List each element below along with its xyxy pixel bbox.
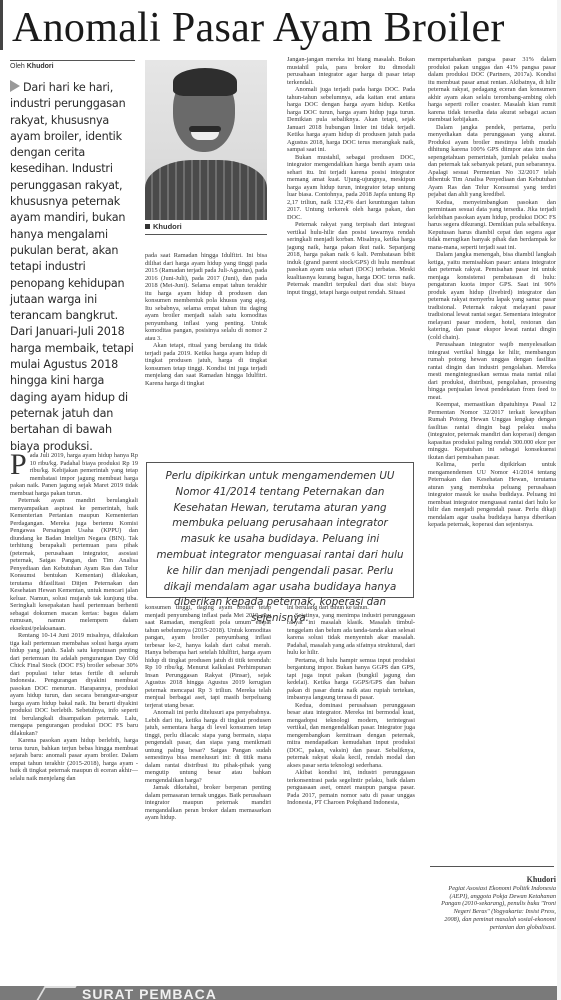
paragraph: ini berulang dari tahun ke tahun. <box>287 604 415 612</box>
paragraph: Anomali ini perlu ditelusuri apa penyeba… <box>145 709 271 784</box>
headline: Anomali Pasar Ayam Broiler <box>12 4 505 52</box>
paragraph: Peternak ayam mandiri berulangkali menya… <box>10 497 138 632</box>
page-gutter <box>557 0 561 1000</box>
paragraph: Kelima, perlu dipikirkan untuk mengamend… <box>428 461 556 529</box>
paragraph: Akibat kondisi ini, industri perunggasan… <box>287 769 415 807</box>
envelope-icon <box>35 986 76 1000</box>
square-bullet-icon <box>145 224 150 229</box>
paragraph: mempertahankan pangsa pasar 31% dalam pr… <box>428 56 556 124</box>
paragraph: Kedua, dominasi perusahaan perunggasan b… <box>287 702 415 770</box>
paragraph: Pertama, di hulu hampir semua input prod… <box>287 657 415 702</box>
paragraph: pada saat Ramadan hingga Idulfitri. Ini … <box>145 252 267 342</box>
paragraph: Akan tetapi, ritual yang berulang itu ti… <box>145 342 267 387</box>
author-bio: Khudori Pegiat Asosiasi Ekonomi Politik … <box>436 876 556 932</box>
pull-quote: Perlu dipikirkan untuk mengamendemen UU … <box>146 462 414 598</box>
article-column-2-top: pada saat Ramadan hingga Idulfitri. Ini … <box>145 252 267 457</box>
paragraph: Kedua, menyeimbangkan pasokan dan permin… <box>428 199 556 252</box>
left-edge-rule <box>0 0 3 50</box>
triangle-bullet-icon <box>10 80 20 92</box>
lede-paragraph: Dari hari ke hari, industri perunggasan … <box>10 80 138 455</box>
paragraph: Dalam jangka pendek, pertama, perlu meny… <box>428 124 556 199</box>
article-column-3-bottom: ini berulang dari tahun ke tahun. Sejati… <box>287 604 415 984</box>
byline-author: Khudori <box>27 63 54 70</box>
bio-name: Khudori <box>436 876 556 884</box>
next-section-banner: SURAT PEMBACA <box>0 986 561 1000</box>
photo-hair <box>173 68 237 96</box>
paragraph: Dalam jangka menengah, bisa diambil lang… <box>428 251 556 341</box>
byline: Oleh Khudori <box>10 60 135 70</box>
bio-text: Pegiat Asosiasi Ekonomi Politik Indonesi… <box>441 885 556 931</box>
paragraph: Karena pasokan ayam hidup berlebih, harg… <box>10 737 138 782</box>
drop-cap: P <box>10 453 27 477</box>
photo-shirt <box>145 160 267 220</box>
paragraph: Rentang 10-14 Juni 2019 misalnya, dilaku… <box>10 632 138 737</box>
paragraph: konsumen tinggi, daging ayam broiler tet… <box>145 604 271 709</box>
paragraph: Peternak rakyat yang terpisah dari integ… <box>287 221 415 296</box>
photo-caption: Khudori <box>145 222 267 235</box>
bio-divider <box>430 866 554 867</box>
byline-prefix: Oleh <box>10 63 25 70</box>
paragraph: Sejatinya, yang menimpa industri perungg… <box>287 612 415 657</box>
paragraph: Pada Juli 2019, harga ayam hidup hanya R… <box>10 452 138 497</box>
next-section-label: SURAT PEMBACA <box>82 986 217 1000</box>
article-column-4: mempertahankan pangsa pasar 31% dalam pr… <box>428 56 556 862</box>
article-column-3-top: Jangan-jangan mereka ini biang masalah. … <box>287 56 415 456</box>
lede-text: Dari hari ke hari, industri perunggasan … <box>10 81 134 453</box>
paragraph: Jamak diketahui, broker berperan penting… <box>145 784 271 822</box>
paragraph: Anomali juga terjadi pada harga DOC. Pad… <box>287 86 415 154</box>
paragraph: Jangan-jangan mereka ini biang masalah. … <box>287 56 415 86</box>
article-column-2-bottom: konsumen tinggi, daging ayam broiler tet… <box>145 604 271 984</box>
paragraph: Bukan mustahil, sebagai produsen DOC, in… <box>287 154 415 222</box>
article-column-1: Pada Juli 2019, harga ayam hidup hanya R… <box>10 452 138 984</box>
paragraph: Perusahaan integrator wajib menyelesaika… <box>428 341 556 401</box>
paragraph: Keempat, memastikan dipatuhinya Pasal 12… <box>428 401 556 461</box>
photo-smile <box>191 132 219 140</box>
author-photo <box>145 60 267 220</box>
